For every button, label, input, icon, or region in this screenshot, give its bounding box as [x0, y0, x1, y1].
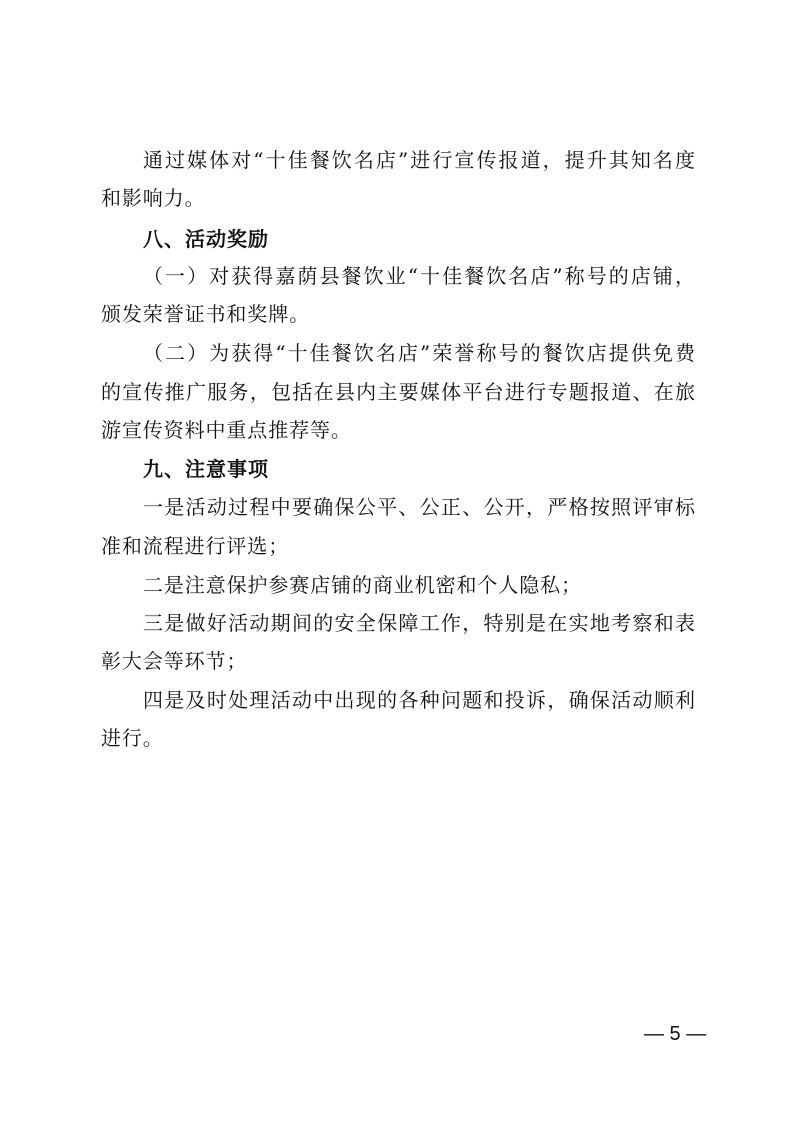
paragraph-line: 彰大会等环节； — [101, 647, 247, 675]
paragraph-line: 四是及时处理活动中出现的各种问题和投诉，确保活动顺利 — [101, 686, 695, 714]
paragraph-line: （一）对获得嘉荫县餐饮业“十佳餐饮名店”称号的店铺， — [101, 262, 695, 290]
paragraph-line: 进行。 — [101, 724, 164, 752]
paragraph-line: 和影响力。 — [101, 184, 206, 212]
section-heading-8: 八、活动奖励 — [101, 225, 269, 253]
paragraph-line: 二是注意保护参赛店铺的商业机密和个人隐私； — [101, 571, 582, 599]
paragraph-line: 准和流程进行评选； — [101, 532, 289, 560]
section-heading-9: 九、注意事项 — [101, 455, 269, 483]
page-number: — 5 — — [644, 1020, 706, 1048]
paragraph-line: 三是做好活动期间的安全保障工作，特别是在实地考察和表 — [101, 609, 695, 637]
paragraph-line: 游宣传资料中重点推荐等。 — [101, 416, 352, 444]
paragraph-line: 的宣传推广服务，包括在县内主要媒体平台进行专题报道、在旅 — [101, 378, 695, 406]
paragraph-line: （二）为获得“十佳餐饮名店”荣誉称号的餐饮店提供免费 — [101, 339, 695, 367]
paragraph-line: 通过媒体对“十佳餐饮名店”进行宣传报道，提升其知名度 — [101, 146, 695, 174]
paragraph-line: 颁发荣誉证书和奖牌。 — [101, 300, 310, 328]
paragraph-line: 一是活动过程中要确保公平、公正、公开，严格按照评审标 — [101, 493, 695, 521]
